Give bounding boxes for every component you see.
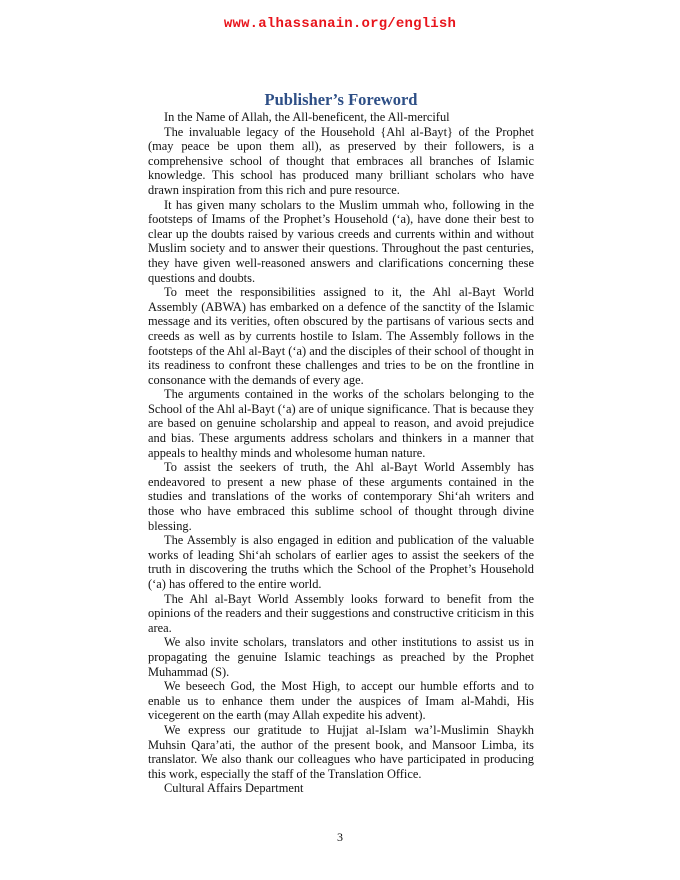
- paragraph: The invaluable legacy of the Household {…: [148, 125, 534, 198]
- paragraph: We also invite scholars, translators and…: [148, 635, 534, 679]
- paragraph: The Assembly is also engaged in edition …: [148, 533, 534, 591]
- paragraph: It has given many scholars to the Muslim…: [148, 198, 534, 286]
- paragraph: The arguments contained in the works of …: [148, 387, 534, 460]
- document-page: Publisher’s Foreword In the Name of Alla…: [148, 90, 534, 796]
- signature: Cultural Affairs Department: [148, 781, 534, 796]
- paragraph: To meet the responsibilities assigned to…: [148, 285, 534, 387]
- paragraph-invocation: In the Name of Allah, the All-beneficent…: [148, 110, 534, 125]
- page-title: Publisher’s Foreword: [148, 90, 534, 110]
- site-url-header: www.alhassanain.org/english: [0, 16, 680, 32]
- page-number: 3: [0, 830, 680, 845]
- paragraph: We beseech God, the Most High, to accept…: [148, 679, 534, 723]
- paragraph: To assist the seekers of truth, the Ahl …: [148, 460, 534, 533]
- paragraph: We express our gratitude to Hujjat al-Is…: [148, 723, 534, 781]
- paragraph: The Ahl al-Bayt World Assembly looks for…: [148, 592, 534, 636]
